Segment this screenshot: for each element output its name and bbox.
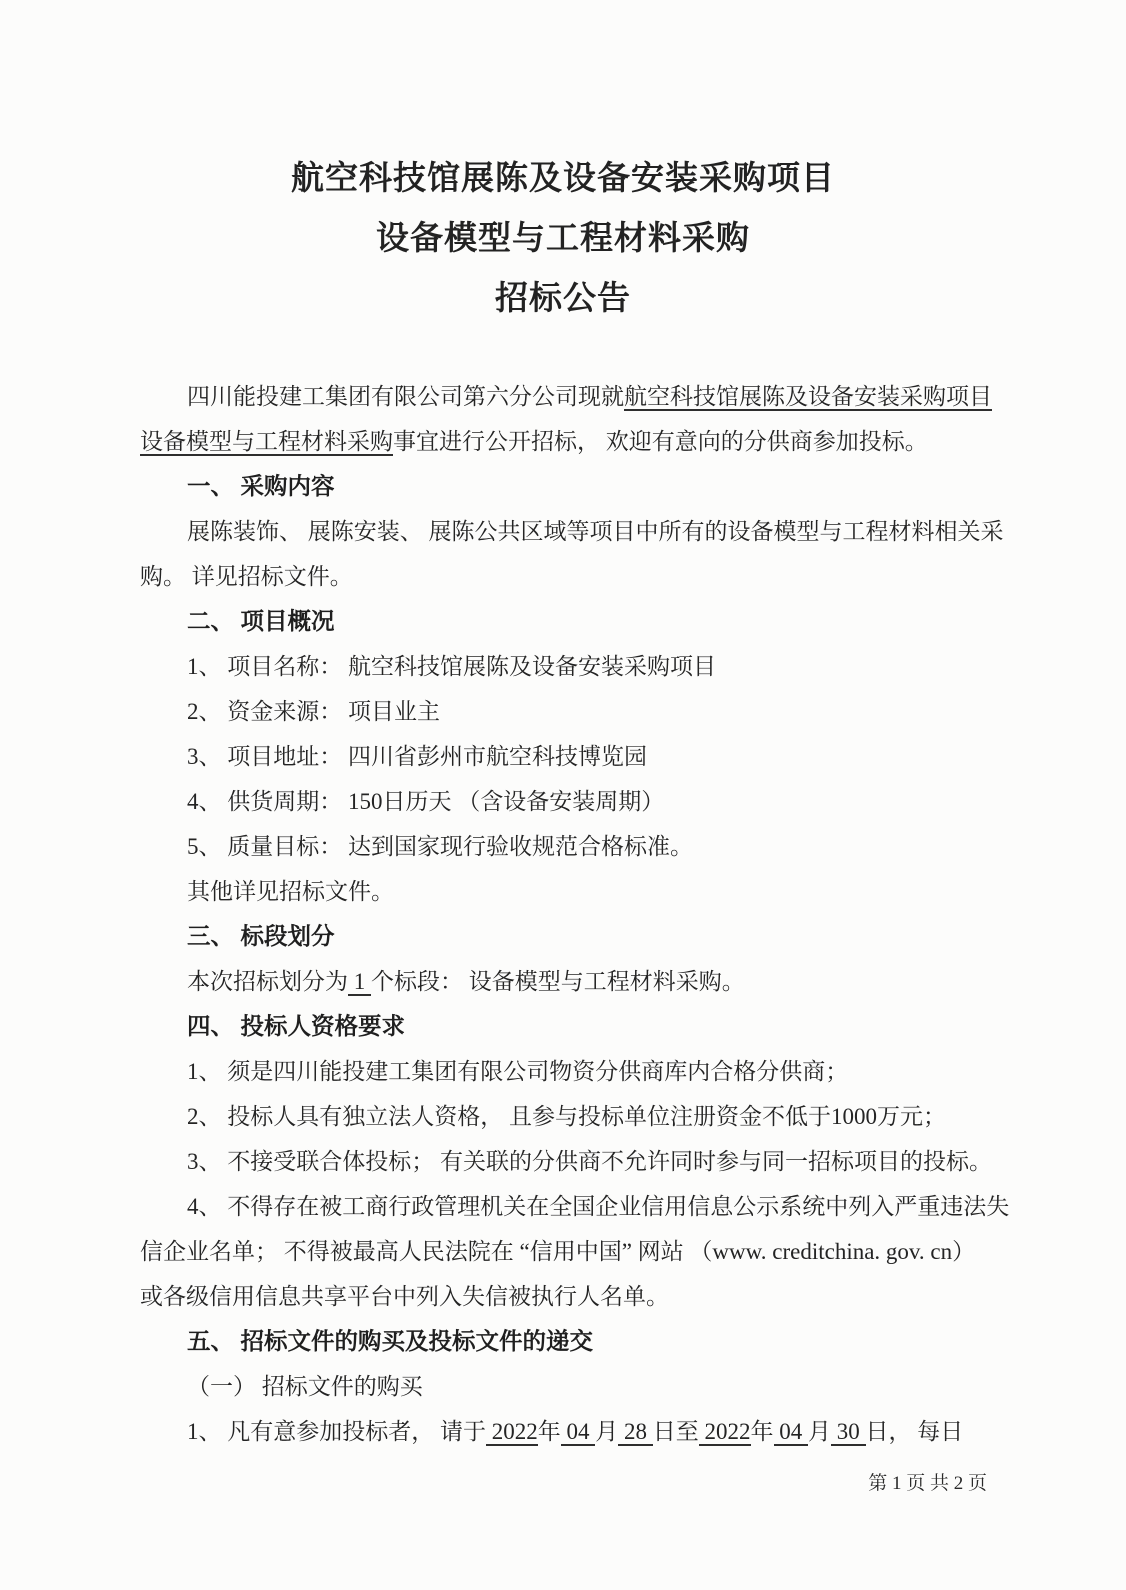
- text-segment: 一、 采购内容: [187, 473, 335, 499]
- section-heading: 五、 招标文件的购买及投标文件的递交: [140, 1319, 1000, 1364]
- text-line: 1、 须是四川能投建工集团有限公司物资分供商库内合格分供商；: [140, 1049, 1000, 1094]
- text-segment: 3、 不接受联合体投标； 有关联的分供商不允许同时参与同一招标项目的投标。: [187, 1149, 992, 1174]
- text-segment: 本次招标划分为: [187, 969, 348, 994]
- section-heading: 四、 投标人资格要求: [140, 1004, 1000, 1049]
- title-line-2: 设备模型与工程材料采购: [0, 208, 1126, 268]
- page-footer: 第 1 页 共 2 页: [868, 1470, 987, 1498]
- text-segment: 三、 标段划分: [187, 923, 335, 949]
- text-segment: 3、 项目地址： 四川省彭州市航空科技博览园: [187, 744, 647, 769]
- text-line: 其他详见招标文件。: [140, 869, 1000, 914]
- text-line: 3、 不接受联合体投标； 有关联的分供商不允许同时参与同一招标项目的投标。: [140, 1139, 1000, 1184]
- text-segment: 日， 每日: [866, 1419, 964, 1444]
- text-line: 或各级信用信息共享平台中列入失信被执行人名单。: [140, 1274, 1000, 1319]
- text-segment: 日至: [653, 1419, 699, 1444]
- title-line-3: 招标公告: [0, 268, 1126, 328]
- text-segment: 四、 投标人资格要求: [187, 1013, 405, 1039]
- text-segment: 2、 资金来源： 项目业主: [187, 699, 440, 724]
- text-line: 本次招标划分为 1 个标段： 设备模型与工程材料采购。: [140, 959, 1000, 1004]
- title-line-1: 航空科技馆展陈及设备安装采购项目: [0, 148, 1126, 208]
- text-segment: 四川能投建工集团有限公司第六分公司现就: [187, 384, 624, 409]
- underlined-text: 04: [774, 1419, 809, 1446]
- text-segment: 1、 须是四川能投建工集团有限公司物资分供商库内合格分供商；: [187, 1059, 848, 1084]
- document-title: 航空科技馆展陈及设备安装采购项目 设备模型与工程材料采购 招标公告: [0, 148, 1126, 328]
- document-body: 四川能投建工集团有限公司第六分公司现就航空科技馆展陈及设备安装采购项目设备模型与…: [140, 374, 1000, 1454]
- text-segment: 事宜进行公开招标， 欢迎有意向的分供商参加投标。: [393, 429, 928, 454]
- text-line: 2、 资金来源： 项目业主: [140, 689, 1000, 734]
- text-line: 1、 项目名称： 航空科技馆展陈及设备安装采购项目: [140, 644, 1000, 689]
- section-heading: 二、 项目概况: [140, 599, 1000, 644]
- text-segment: 或各级信用信息共享平台中列入失信被执行人名单。: [140, 1284, 669, 1309]
- text-line: 3、 项目地址： 四川省彭州市航空科技博览园: [140, 734, 1000, 779]
- underlined-text: 2022: [699, 1419, 751, 1446]
- text-segment: 二、 项目概况: [187, 608, 335, 634]
- text-segment: 年: [751, 1419, 774, 1444]
- document-page: 航空科技馆展陈及设备安装采购项目 设备模型与工程材料采购 招标公告 四川能投建工…: [0, 0, 1126, 1590]
- text-segment: （一） 招标文件的购买: [187, 1374, 423, 1399]
- text-segment: 其他详见招标文件。: [187, 879, 394, 904]
- text-segment: 五、 招标文件的购买及投标文件的递交: [187, 1328, 593, 1354]
- text-segment: 年: [538, 1419, 561, 1444]
- underlined-text: 30: [831, 1419, 866, 1446]
- section-heading: 三、 标段划分: [140, 914, 1000, 959]
- text-line: 设备模型与工程材料采购事宜进行公开招标， 欢迎有意向的分供商参加投标。: [140, 419, 1000, 464]
- text-segment: 4、 不得存在被工商行政管理机关在全国企业信用信息公示系统中列入严重违法失: [187, 1194, 1009, 1219]
- underlined-text: 1: [348, 969, 371, 996]
- text-segment: 4、 供货周期： 150日历天 （含设备安装周期）: [187, 789, 664, 814]
- text-segment: 购。 详见招标文件。: [140, 564, 353, 589]
- text-line: 展陈装饰、 展陈安装、 展陈公共区域等项目中所有的设备模型与工程材料相关采: [140, 509, 1000, 554]
- text-line: 四川能投建工集团有限公司第六分公司现就航空科技馆展陈及设备安装采购项目: [140, 374, 1000, 419]
- text-segment: 1、 项目名称： 航空科技馆展陈及设备安装采购项目: [187, 654, 716, 679]
- text-segment: 2、 投标人具有独立法人资格， 且参与投标单位注册资金不低于1000万元；: [187, 1104, 946, 1129]
- underlined-text: 2022: [486, 1419, 538, 1446]
- text-segment: 个标段： 设备模型与工程材料采购。: [371, 969, 745, 994]
- text-line: 1、 凡有意参加投标者， 请于 2022年 04 月 28 日至 2022年 0…: [140, 1409, 1000, 1454]
- underlined-text: 设备模型与工程材料采购: [140, 429, 393, 456]
- text-line: 4、 不得存在被工商行政管理机关在全国企业信用信息公示系统中列入严重违法失: [140, 1184, 1000, 1229]
- text-line: （一） 招标文件的购买: [140, 1364, 1000, 1409]
- text-line: 5、 质量目标： 达到国家现行验收规范合格标准。: [140, 824, 1000, 869]
- underlined-text: 航空科技馆展陈及设备安装采购项目: [624, 384, 992, 411]
- text-segment: 月: [808, 1419, 831, 1444]
- section-heading: 一、 采购内容: [140, 464, 1000, 509]
- text-segment: 信企业名单； 不得被最高人民法院在 “信用中国” 网站 （www. credit…: [140, 1239, 975, 1264]
- text-line: 2、 投标人具有独立法人资格， 且参与投标单位注册资金不低于1000万元；: [140, 1094, 1000, 1139]
- text-line: 信企业名单； 不得被最高人民法院在 “信用中国” 网站 （www. credit…: [140, 1229, 1000, 1274]
- text-segment: 展陈装饰、 展陈安装、 展陈公共区域等项目中所有的设备模型与工程材料相关采: [187, 519, 1004, 544]
- text-segment: 5、 质量目标： 达到国家现行验收规范合格标准。: [187, 834, 693, 859]
- underlined-text: 28: [618, 1419, 653, 1446]
- text-line: 4、 供货周期： 150日历天 （含设备安装周期）: [140, 779, 1000, 824]
- text-line: 购。 详见招标文件。: [140, 554, 1000, 599]
- text-segment: 月: [595, 1419, 618, 1444]
- underlined-text: 04: [561, 1419, 596, 1446]
- text-segment: 1、 凡有意参加投标者， 请于: [187, 1419, 486, 1444]
